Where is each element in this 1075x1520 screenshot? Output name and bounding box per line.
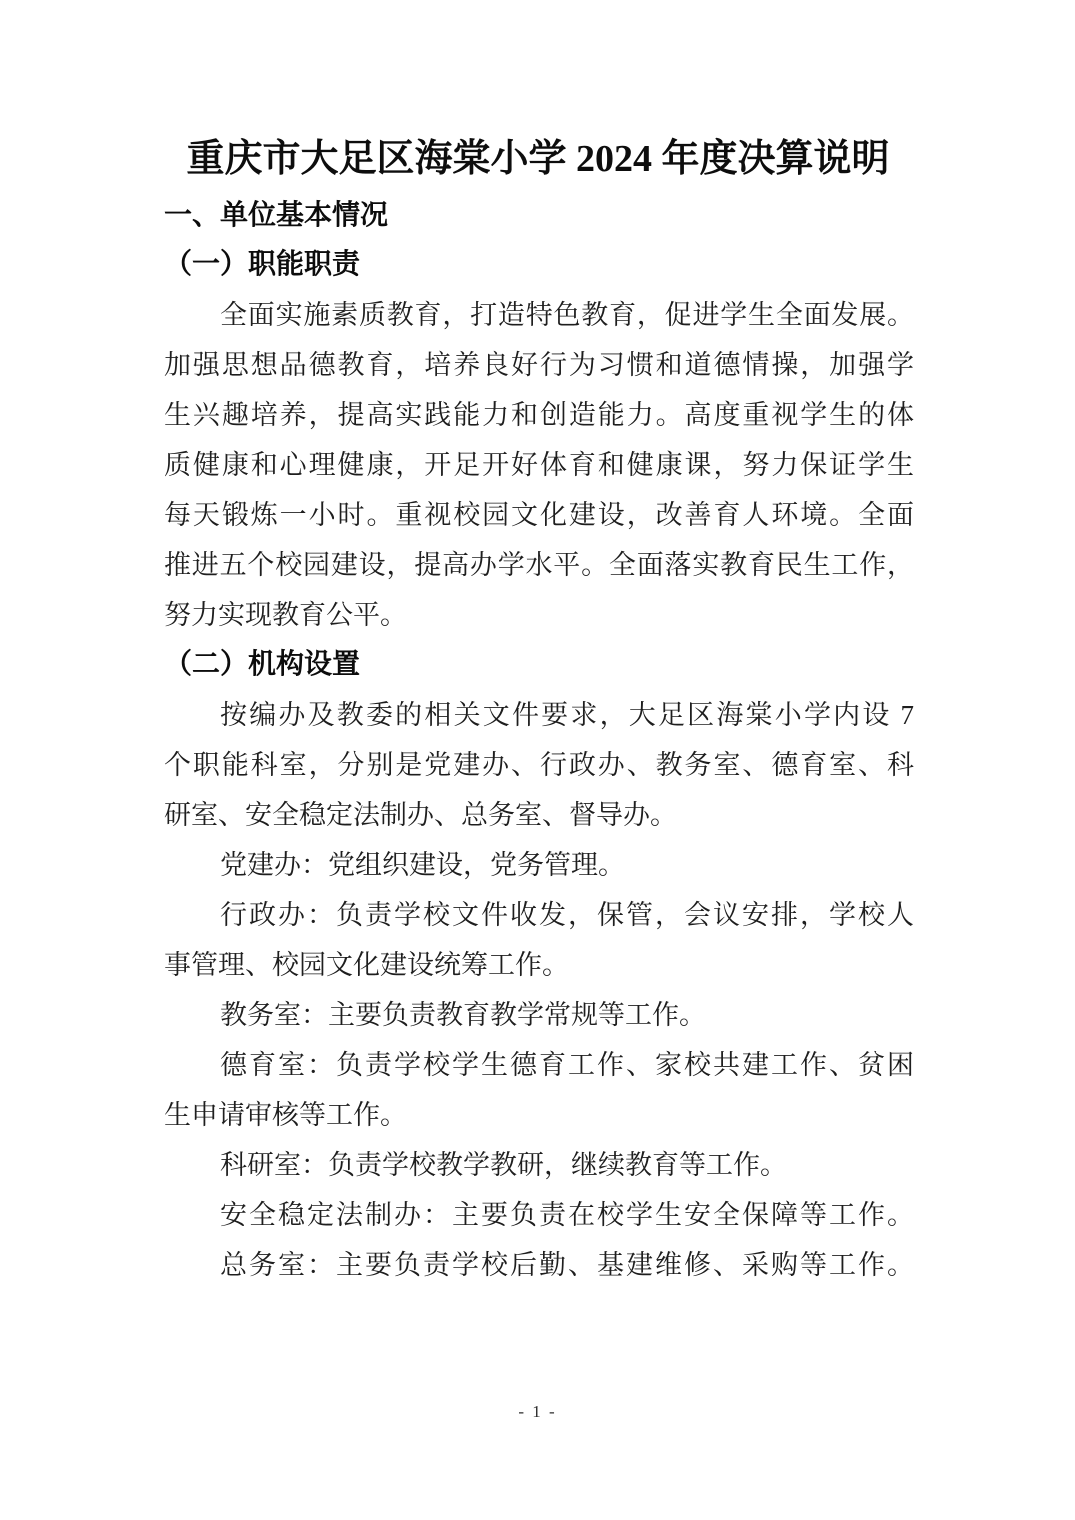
dept-dangjianban-line: 党建办：党组织建设，党务管理。 [164,840,914,890]
functions-paragraph-line: 每天锻炼一小时。重视校园文化建设，改善育人环境。全面 [164,490,914,540]
document-page: 重庆市大足区海棠小学 2024 年度决算说明 一、单位基本情况 （一）职能职责 … [0,0,1075,1520]
dept-anquanban-line: 安全稳定法制办：主要负责在校学生安全保障等工作。 [164,1190,914,1240]
subsection-heading-functions: （一）职能职责 [164,240,914,290]
org-intro-paragraph-line: 研室、安全稳定法制办、总务室、督导办。 [164,790,914,840]
functions-paragraph-line: 质健康和心理健康，开足开好体育和健康课，努力保证学生 [164,440,914,490]
org-intro-paragraph-line: 个职能科室，分别是党建办、行政办、教务室、德育室、科 [164,740,914,790]
functions-paragraph-line: 努力实现教育公平。 [164,590,914,640]
org-intro-paragraph-line: 按编办及教委的相关文件要求，大足区海棠小学内设 7 [164,690,914,740]
subsection-heading-organization: （二）机构设置 [164,640,914,690]
dept-deyushi-line: 生申请审核等工作。 [164,1090,914,1140]
dept-xingzhengban-line: 事管理、校园文化建设统筹工作。 [164,940,914,990]
dept-deyushi-line: 德育室：负责学校学生德育工作、家校共建工作、贫困 [164,1040,914,1090]
document-title: 重庆市大足区海棠小学 2024 年度决算说明 [163,130,913,188]
dept-zongwushi-line: 总务室：主要负责学校后勤、基建维修、采购等工作。 [164,1240,914,1290]
dept-jiaowushi-line: 教务室：主要负责教育教学常规等工作。 [164,990,914,1040]
functions-paragraph-line: 生兴趣培养，提高实践能力和创造能力。高度重视学生的体 [164,390,914,440]
dept-keyanshi-line: 科研室：负责学校教学教研，继续教育等工作。 [164,1140,914,1190]
section-heading-basic-info: 一、单位基本情况 [164,190,914,240]
page-number: - 1 - [0,1397,1075,1427]
document-body: 一、单位基本情况 （一）职能职责 全面实施素质教育，打造特色教育，促进学生全面发… [164,190,914,1290]
dept-xingzhengban-line: 行政办：负责学校文件收发，保管，会议安排，学校人 [164,890,914,940]
functions-paragraph-line: 全面实施素质教育，打造特色教育，促进学生全面发展。 [164,290,914,340]
functions-paragraph-line: 加强思想品德教育，培养良好行为习惯和道德情操，加强学 [164,340,914,390]
functions-paragraph-line: 推进五个校园建设，提高办学水平。全面落实教育民生工作， [164,540,914,590]
